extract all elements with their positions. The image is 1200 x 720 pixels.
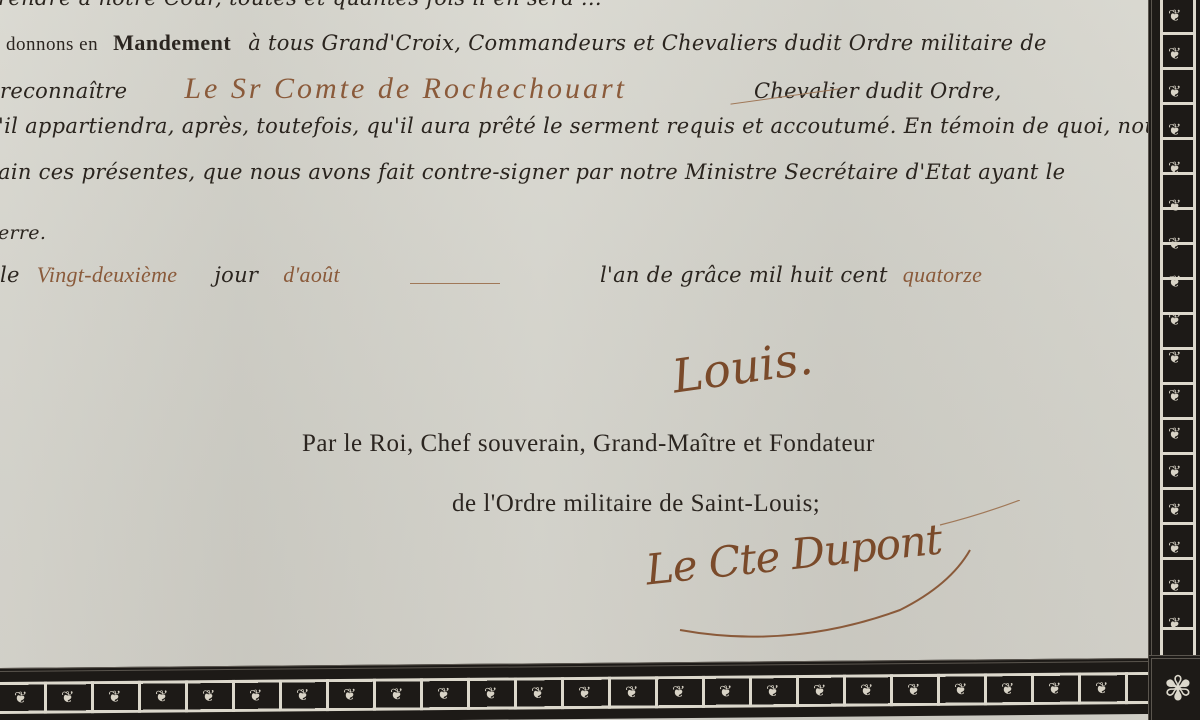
leaf-icon: ❦ [1168,424,1181,443]
handwritten-day: Vingt-deuxième [37,262,178,287]
text-le: le [0,263,20,287]
leaf-icon: ❦ [625,682,638,701]
text-mandement: Mandement [113,30,231,55]
text-line-serment: 'il appartiendra, après, toutefois, qu'i… [0,114,1169,138]
leaf-icon: ❦ [954,680,967,699]
leaf-icon: ❦ [1168,462,1181,481]
leaf-icon: ❦ [1168,538,1181,557]
text-guerre: erre. [0,222,46,244]
leaf-icon: ❦ [531,683,544,702]
leaf-icon: ❦ [719,682,732,701]
ornamental-border-bottom: ❦ ❦ ❦ ❦ ❦ ❦ ❦ ❦ ❦ ❦ ❦ ❦ ❦ ❦ ❦ ❦ ❦ ❦ ❦ ❦ … [0,658,1148,720]
leaf-icon: ❦ [249,686,262,705]
leaf-icon: ❦ [813,681,826,700]
leaf-icon: ❦ [1168,120,1181,139]
leaf-icon: ❦ [1168,614,1181,633]
greek-key-pattern-horizontal [0,672,1148,714]
leaf-icon: ❦ [390,684,403,703]
leaf-icon: ❦ [1168,158,1181,177]
month-underline [410,283,500,284]
text-line-guerre: erre. [0,222,46,244]
leaf-icon: ❦ [1168,6,1181,25]
leaf-icon: ❦ [1168,500,1181,519]
text-line-contresigner: ain ces présentes, que nous avons fait c… [0,160,1065,184]
leaf-icon: ❦ [61,687,74,706]
handwritten-month: d'août [283,262,340,287]
leaf-icon: ❦ [1168,82,1181,101]
leaf-icon: ❦ [1168,310,1181,329]
leaf-icon: ❦ [1168,272,1181,291]
handwritten-year: quatorze [903,262,982,287]
text-serment: 'il appartiendra, après, toutefois, qu'i… [0,114,1169,138]
countersign-line-1: Par le Roi, Chef souverain, Grand-Maître… [302,430,875,458]
leaf-icon: ❦ [766,681,779,700]
ornamental-border-right: ❦ ❦ ❦ ❦ ❦ ❦ ❦ ❦ ❦ ❦ ❦ ❦ ❦ ❦ ❦ ❦ ❦ [1148,0,1200,690]
leaf-icon: ❦ [1095,678,1108,697]
text-line-annee: l'an de grâce mil huit cent quatorze [600,262,982,288]
document-paper [0,0,1200,720]
text-donnons-en: donnons en [6,34,98,55]
leaf-icon: ❦ [672,682,685,701]
leaf-icon: ❦ [484,684,497,703]
leaf-icon: ❦ [296,685,309,704]
text-line-reconnaitre: reconnaître Le Sr Comte de Rochechouart … [0,72,1002,106]
signature-flourish [640,500,1020,650]
handwritten-recipient-name: Le Sr Comte de Rochechouart [184,72,627,105]
leaf-icon: ❦ [155,687,168,706]
text-addressees: à tous Grand'Croix, Commandeurs et Cheva… [248,31,1047,55]
leaf-icon: ❦ [1168,348,1181,367]
text-line-partial-top: rendre à notre Cour, toutes et quantes f… [0,0,602,10]
text-line-date: le Vingt-deuxième jour d'août [0,262,340,288]
text-line-0: rendre à notre Cour, toutes et quantes f… [0,0,602,10]
leaf-icon: ❦ [343,685,356,704]
leaf-icon: ❦ [1168,576,1181,595]
text-reconnaitre: reconnaître [0,79,127,103]
leaf-icon: ❦ [860,680,873,699]
leaf-icon: ❦ [1168,44,1181,63]
leaf-icon: ❦ [907,680,920,699]
text-an-de-grace: l'an de grâce mil huit cent [600,263,888,287]
leaf-icon: ❦ [1048,679,1061,698]
text-jour: jour [214,263,258,287]
corner-rosette-icon: ✾ [1148,655,1200,720]
leaf-icon: ❦ [578,683,591,702]
leaf-icon: ❦ [1168,234,1181,253]
leaf-icon: ❦ [1001,679,1014,698]
text-line-mandement: donnons en Mandement à tous Grand'Croix,… [6,30,1047,56]
leaf-icon: ❦ [202,686,215,705]
text-chevalier-dudit-ordre: Chevalier dudit Ordre, [754,79,1002,103]
leaf-icon: ❦ [14,688,27,707]
leaf-icon: ❦ [1168,386,1181,405]
text-contresigner: ain ces présentes, que nous avons fait c… [0,160,1065,184]
leaf-icon: ❦ [108,687,121,706]
leaf-icon: ❦ [437,684,450,703]
leaf-icon: ❦ [1168,196,1181,215]
